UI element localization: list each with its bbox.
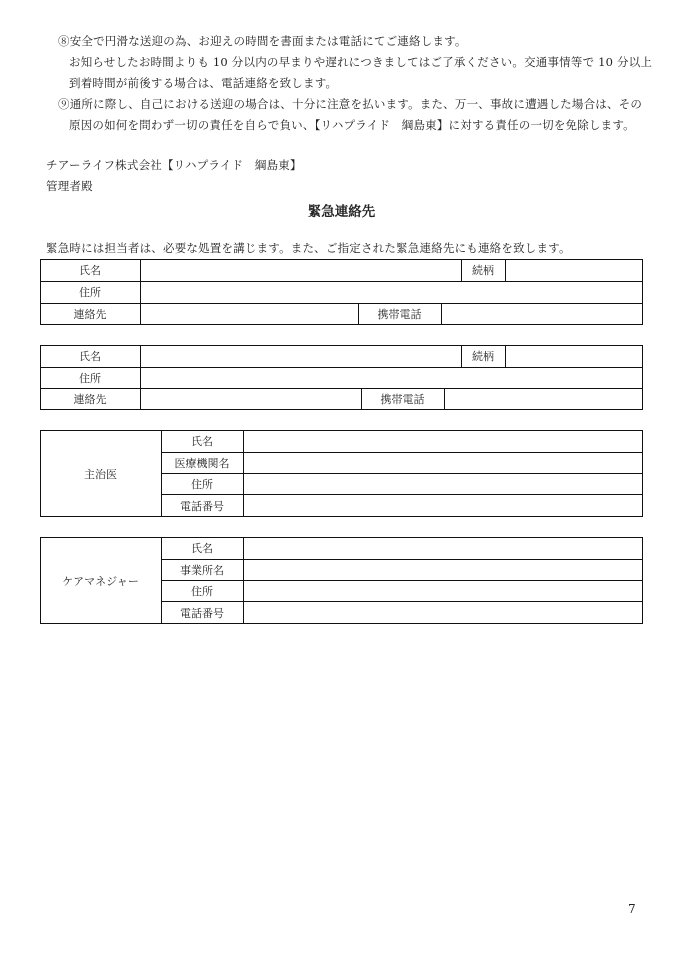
page-title: 緊急連絡先: [0, 200, 683, 220]
page-number: 7: [628, 902, 636, 916]
addressee-company: チアーライフ株式会社【リハプライド 綱島東】: [46, 157, 302, 173]
physician-institution-field[interactable]: [244, 453, 642, 473]
care-manager-phone-field[interactable]: [244, 602, 642, 623]
note-item-9-line-2: 原因の如何を問わず一切の責任を自らで負い、【リハプライド 綱島東】に対する責任の…: [69, 117, 635, 133]
relation-label: 続柄: [461, 259, 505, 281]
physician-institution-label: 医療機関名: [161, 452, 243, 473]
care-manager-address-field[interactable]: [244, 581, 642, 601]
contact-field[interactable]: [141, 389, 361, 410]
care-manager-heading: ケアマネジャー: [40, 537, 161, 624]
physician-name-field[interactable]: [244, 431, 642, 452]
intro-text: 緊急時には担当者は、必要な処置を講じます。また、ご指定された緊急連絡先にも連絡を…: [46, 240, 571, 256]
name-field[interactable]: [141, 260, 460, 281]
care-manager-name-field[interactable]: [244, 538, 642, 559]
mobile-label: 携帯電話: [358, 303, 441, 325]
physician-phone-field[interactable]: [244, 495, 642, 516]
name-label: 氏名: [40, 259, 140, 281]
address-field[interactable]: [141, 282, 642, 303]
care-manager-address-label: 住所: [161, 580, 243, 601]
physician-address-field[interactable]: [244, 474, 642, 494]
note-item-8-line-3: 到着時間が前後する場合は、電話連絡を致します。: [69, 75, 337, 91]
physician-address-label: 住所: [161, 473, 243, 494]
physician-name-label: 氏名: [161, 430, 243, 452]
relation-label: 続柄: [461, 345, 505, 367]
name-label: 氏名: [40, 345, 140, 367]
note-item-8-line-2: お知らせしたお時間よりも 10 分以内の早まりや遅れにつきましてはご了承ください…: [69, 54, 652, 70]
care-manager-phone-label: 電話番号: [161, 601, 243, 624]
note-item-9-line-1: ⑨通所に際し、自己における送迎の場合は、十分に注意を払います。また、万一、事故に…: [58, 96, 642, 112]
contact-field[interactable]: [141, 304, 358, 325]
care-manager-name-label: 氏名: [161, 537, 243, 559]
address-label: 住所: [40, 367, 140, 388]
name-field[interactable]: [141, 346, 460, 367]
physician-heading: 主治医: [40, 430, 161, 517]
relation-field[interactable]: [506, 260, 642, 281]
care-manager-office-label: 事業所名: [161, 559, 243, 580]
care-manager-office-field[interactable]: [244, 560, 642, 580]
note-item-8-line-1: ⑧安全で円滑な送迎の為、お迎えの時間を書面または電話にてご連絡します。: [58, 33, 467, 49]
mobile-field[interactable]: [445, 389, 642, 410]
physician-phone-label: 電話番号: [161, 494, 243, 517]
address-label: 住所: [40, 281, 140, 303]
addressee-recipient: 管理者殿: [46, 178, 93, 194]
address-field[interactable]: [141, 368, 642, 388]
relation-field[interactable]: [506, 346, 642, 367]
contact-label: 連絡先: [40, 388, 140, 410]
mobile-field[interactable]: [442, 304, 642, 325]
contact-label: 連絡先: [40, 303, 140, 325]
mobile-label: 携帯電話: [361, 388, 444, 410]
